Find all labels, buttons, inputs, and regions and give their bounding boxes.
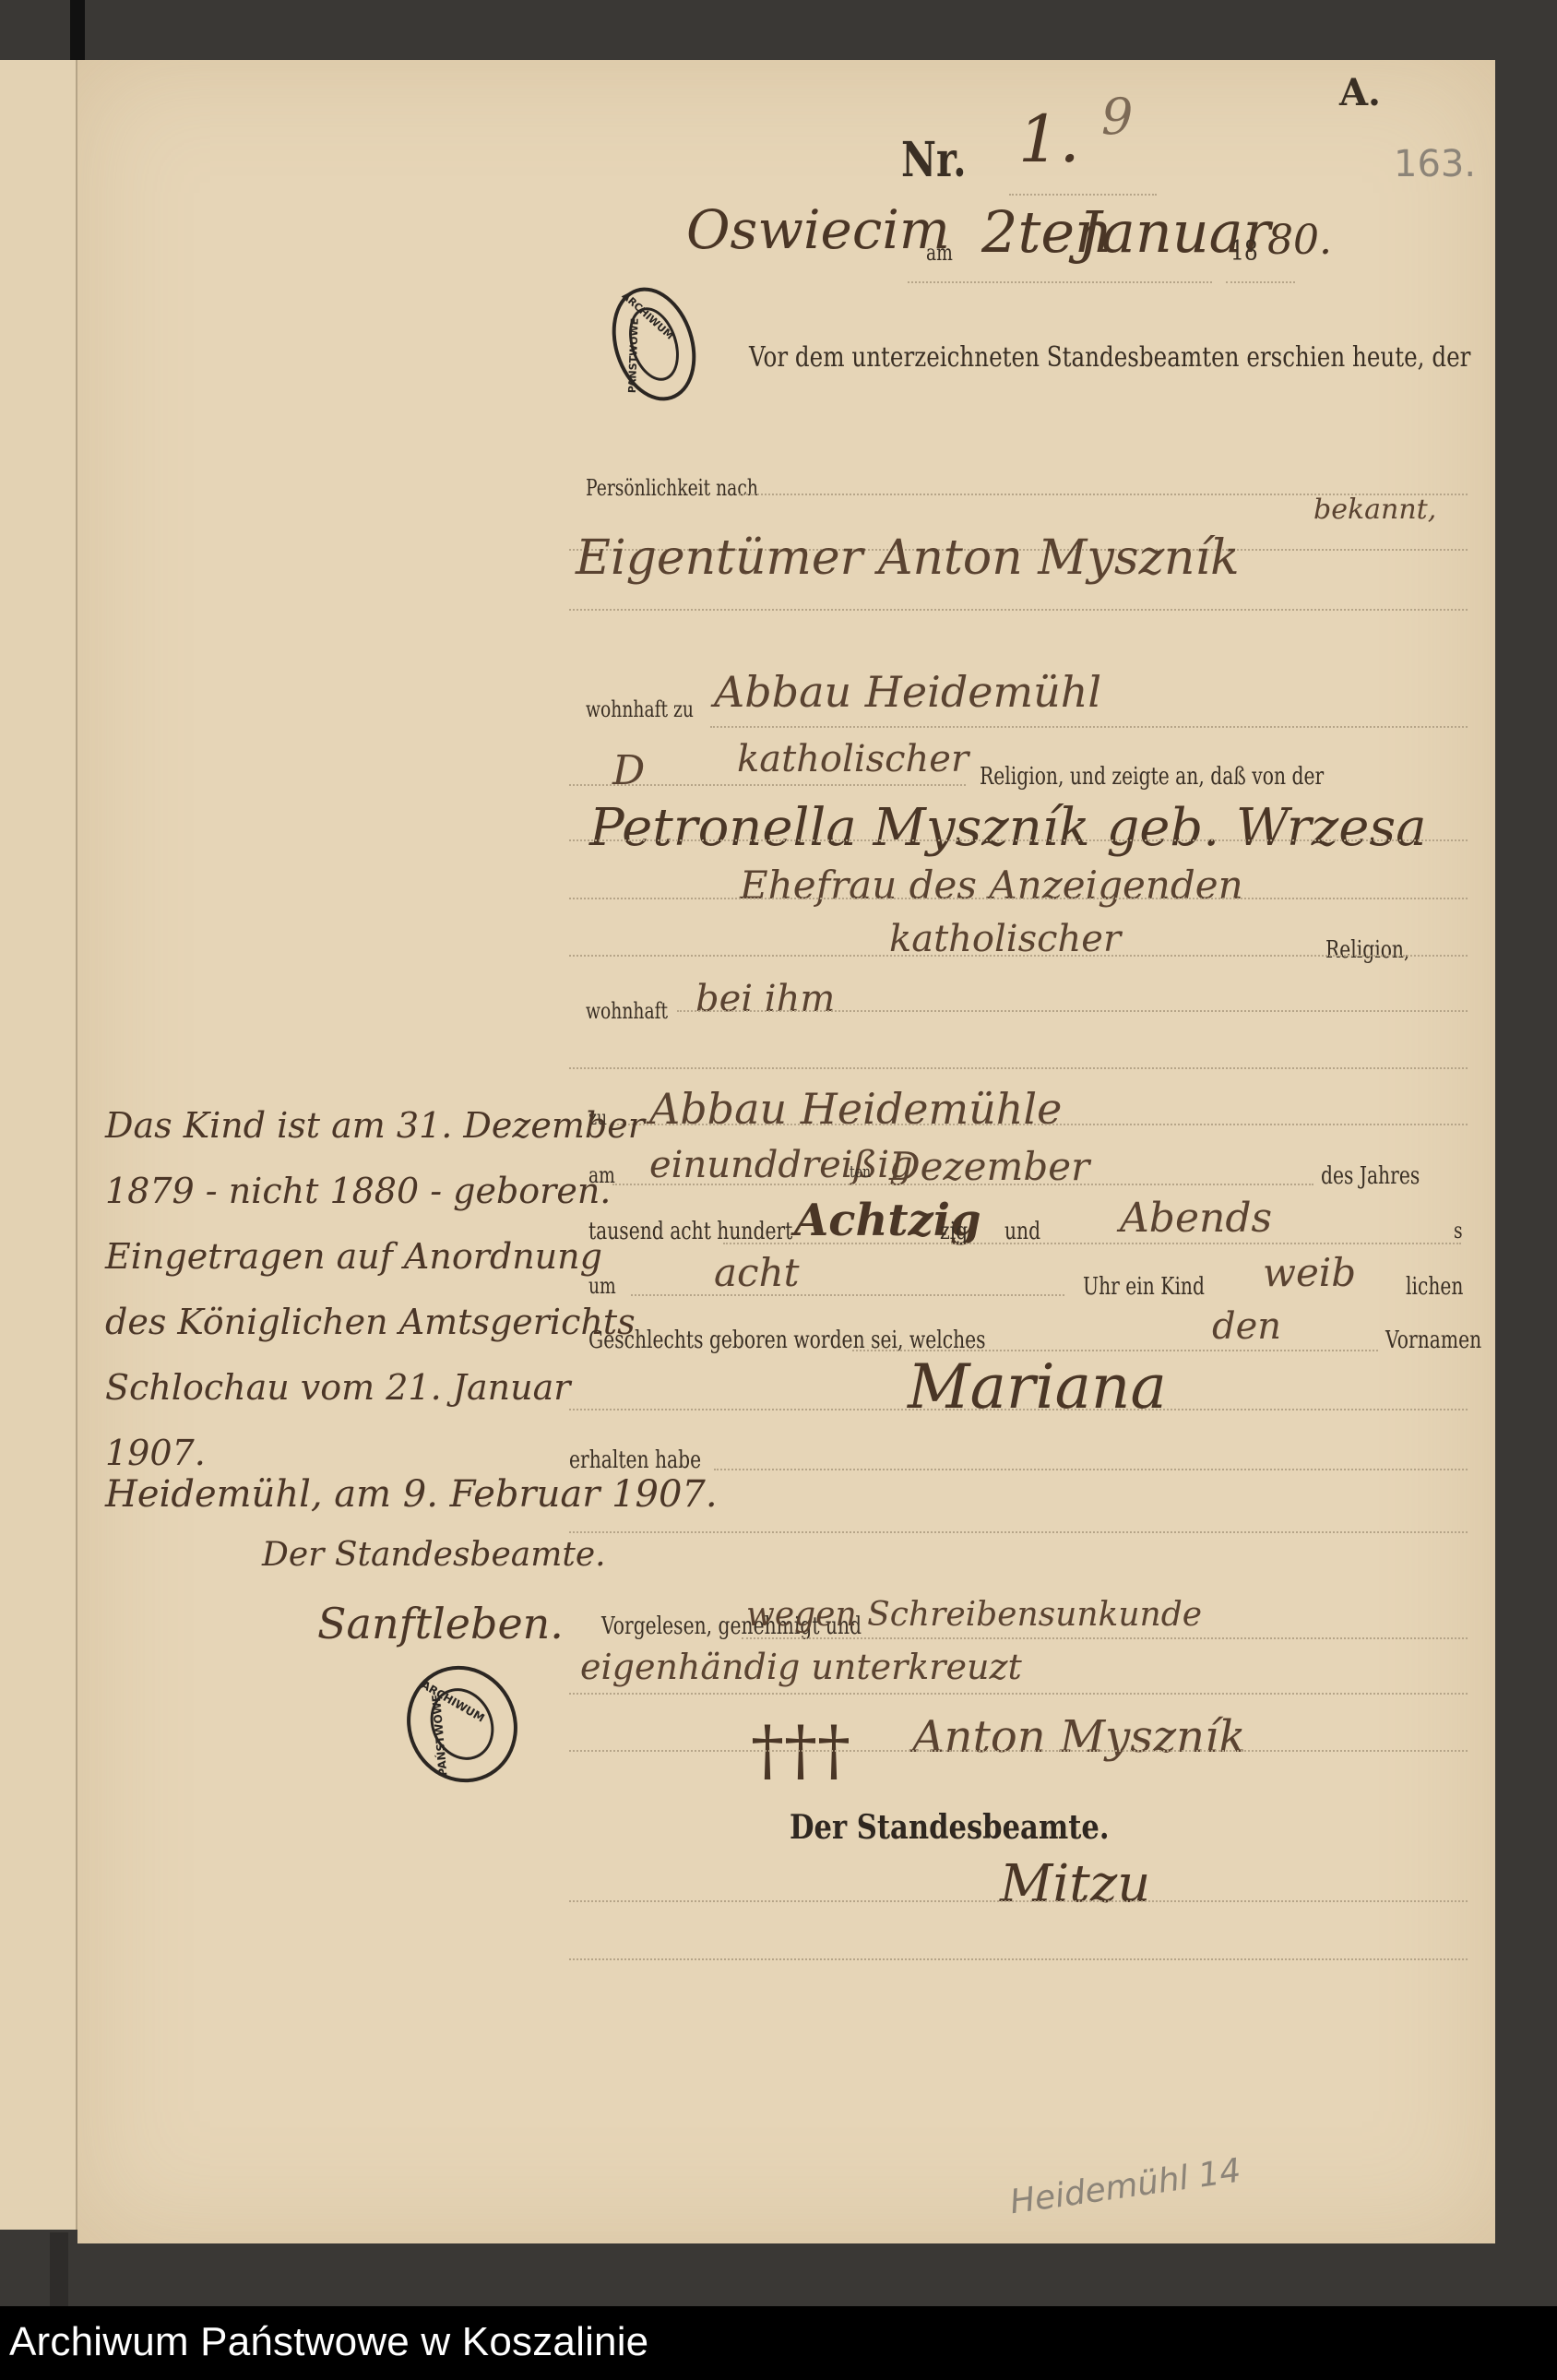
form-letter: A. (1339, 71, 1381, 114)
uhr-label: Uhr ein Kind (1083, 1273, 1205, 1301)
year-prefix: 18 (1230, 235, 1258, 268)
archive-stamp-top: ARCHIWUM PAŃSTWOWE (599, 277, 710, 411)
informant-residence: Abbau Heidemühl (714, 667, 1101, 717)
year-suffix: 80. (1267, 217, 1332, 264)
birth-day: einunddreißig (649, 1144, 913, 1186)
mother-name: Petronella Myszník geb. Wrzesa (589, 798, 1426, 858)
den-text: den (1212, 1305, 1281, 1348)
s-suffix: s (1454, 1218, 1463, 1244)
official-signature: Mitzu (1000, 1854, 1150, 1914)
margin-place-date: Heidemühl, am 9. Februar 1907. (105, 1462, 718, 1528)
margin-official-title: Der Standesbeamte. (262, 1522, 606, 1588)
wohnhaft-label: wohnhaft (586, 998, 668, 1024)
informant-religion: katholischer (737, 738, 969, 780)
religion-label: Religion, (1325, 936, 1409, 964)
vorgelesen-note-2: eigenhändig unterkreuzt (580, 1647, 1022, 1687)
folio-number: 163. (1394, 143, 1476, 185)
vorgelesen-note-1: wegen Schreibensunkunde (746, 1596, 1202, 1634)
official-title: Der Standesbeamte. (790, 1808, 1110, 1847)
birth-hour: acht (714, 1250, 800, 1295)
margin-line-5: Schlochau vom 21. Januar (105, 1355, 645, 1421)
mark-d: D (612, 747, 645, 794)
zig-label: zig (940, 1218, 968, 1245)
des-jahres-label: des Jahres (1321, 1162, 1420, 1190)
personlichkeit-label: Persönlichkeit nach (586, 475, 758, 501)
birth-place: Abbau Heidemühle (649, 1084, 1062, 1134)
record-number: 1. (1018, 101, 1080, 177)
ten-label: ten (850, 1162, 871, 1182)
document-page: A. 163. Nr. 1. 9 Oswiecim am 2ten Januar… (77, 60, 1495, 2243)
vornamen-label: Vornamen (1385, 1327, 1481, 1354)
am-label: am (926, 240, 953, 266)
informant-name: Eigentümer Anton Myszník (576, 530, 1240, 586)
archive-caption-text: Archiwum Państwowe w Koszalinie (9, 2319, 648, 2365)
margin-line-2: 1879 - nicht 1880 - geboren. (105, 1159, 645, 1224)
religion-clause: Religion, und zeigte an, daß von der (980, 763, 1324, 791)
archive-stamp-bottom: ARCHIWUM PAŃSTWOWE (387, 1648, 536, 1801)
time-of-day: Abends (1120, 1195, 1272, 1242)
binding-shadow (50, 2232, 68, 2306)
pencil-annotation: Heidemühl 14 (1007, 2152, 1242, 2222)
informant-signature: Anton Myszník (912, 1711, 1245, 1763)
archive-caption-bar: Archiwum Państwowe w Koszalinie (0, 2306, 1557, 2380)
wohnhaft-zu-label: wohnhaft zu (586, 696, 694, 722)
given-name: Mariana (908, 1351, 1167, 1422)
lichen-label: lichen (1406, 1273, 1463, 1301)
place-of-registration: Oswiecim (686, 198, 950, 261)
und-label: und (1004, 1218, 1040, 1245)
margin-line-3: Eingetragen auf Anordnung (105, 1224, 645, 1290)
pencil-number: 9 (1101, 88, 1133, 146)
nr-label: Nr. (901, 132, 967, 188)
bekannt-text: bekannt, (1313, 494, 1436, 526)
child-sex: weib (1263, 1250, 1356, 1295)
mother-residence: bei ihm (695, 978, 835, 1020)
previous-page-edge (0, 60, 77, 2230)
margin-line-1: Das Kind ist am 31. Dezember (105, 1093, 645, 1159)
birth-month: Dezember (889, 1144, 1089, 1189)
margin-signature: Sanftleben. (317, 1591, 564, 1657)
intro-text: Vor dem unterzeichneten Standesbeamten e… (749, 341, 1470, 374)
binding-spine (70, 0, 85, 60)
mother-relation: Ehefrau des Anzeigenden (740, 863, 1243, 908)
margin-annotation: Das Kind ist am 31. Dezember 1879 - nich… (105, 1093, 645, 1486)
margin-line-4: des Königlichen Amtsgerichts (105, 1290, 645, 1355)
